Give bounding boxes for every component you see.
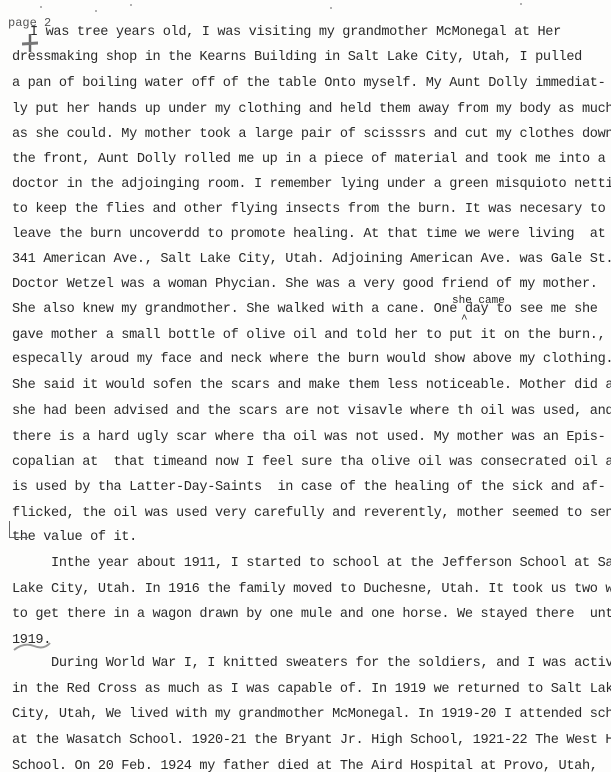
paper-speck [95, 10, 97, 12]
text-line: Doctor Wetzel was a woman Phycian. She w… [12, 277, 598, 293]
text-line: doctor in the adjoinging room. I remembe… [12, 177, 611, 193]
text-line: in the Red Cross as much as I was capabl… [12, 682, 611, 698]
insertion-caret: ^ [461, 314, 468, 326]
margin-squiggle-mark-icon [12, 640, 52, 654]
text-line: copalian at that timeand now I feel sure… [12, 455, 611, 471]
paper-speck [520, 3, 522, 5]
text-line: she had been advised and the scars are n… [12, 404, 611, 420]
text-line: 341 American Ave., Salt Lake City, Utah.… [12, 252, 611, 268]
text-line: She said it would sofen the scars and ma… [12, 378, 611, 394]
text-line: She also knew my grandmother. She walked… [12, 302, 598, 318]
paper-speck [40, 6, 42, 8]
text-line: I was tree years old, I was visiting my … [30, 25, 561, 41]
text-line: ly put her hands up under my clothing an… [12, 102, 611, 118]
paper-speck [330, 7, 332, 9]
text-line: leave the burn uncoverdd to promote heal… [12, 227, 605, 243]
text-line: flicked, the oil was used very carefully… [12, 506, 611, 522]
text-line: dressmaking shop in the Kearns Building … [12, 50, 582, 66]
text-line: at the Wasatch School. 1920-21 the Bryan… [12, 733, 611, 749]
paper-speck [130, 4, 132, 6]
text-line: there is a hard ugly scar where tha oil … [12, 430, 605, 446]
text-line: gave mother a small bottle of olive oil … [12, 328, 605, 344]
text-line: especally aroud my face and neck where t… [12, 352, 611, 368]
text-line: a pan of boiling water off of the table … [12, 76, 605, 92]
text-line: School. On 20 Feb. 1924 my father died a… [12, 759, 598, 772]
typewritten-page: page 2 I was tree years old, I was visit… [0, 0, 611, 772]
text-line: Inthe year about 1911, I started to scho… [12, 556, 611, 572]
text-line: as she could. My mother took a large pai… [12, 127, 611, 143]
text-line: to get there in a wagon drawn by one mul… [12, 607, 611, 623]
text-line: the front, Aunt Dolly rolled me up in a … [12, 152, 605, 168]
text-line: the value of it. [12, 530, 137, 546]
text-line: to keep the flies and other flying insec… [12, 202, 605, 218]
text-line: City, Utah, We lived with my grandmother… [12, 707, 611, 723]
text-line: is used by tha Latter-Day-Saints in case… [12, 480, 605, 496]
margin-bracket-mark [9, 521, 28, 538]
text-line: During World War I, I knitted sweaters f… [12, 656, 611, 672]
handwritten-insertion: she came [452, 295, 505, 307]
text-line: Lake City, Utah. In 1916 the family move… [12, 582, 611, 598]
